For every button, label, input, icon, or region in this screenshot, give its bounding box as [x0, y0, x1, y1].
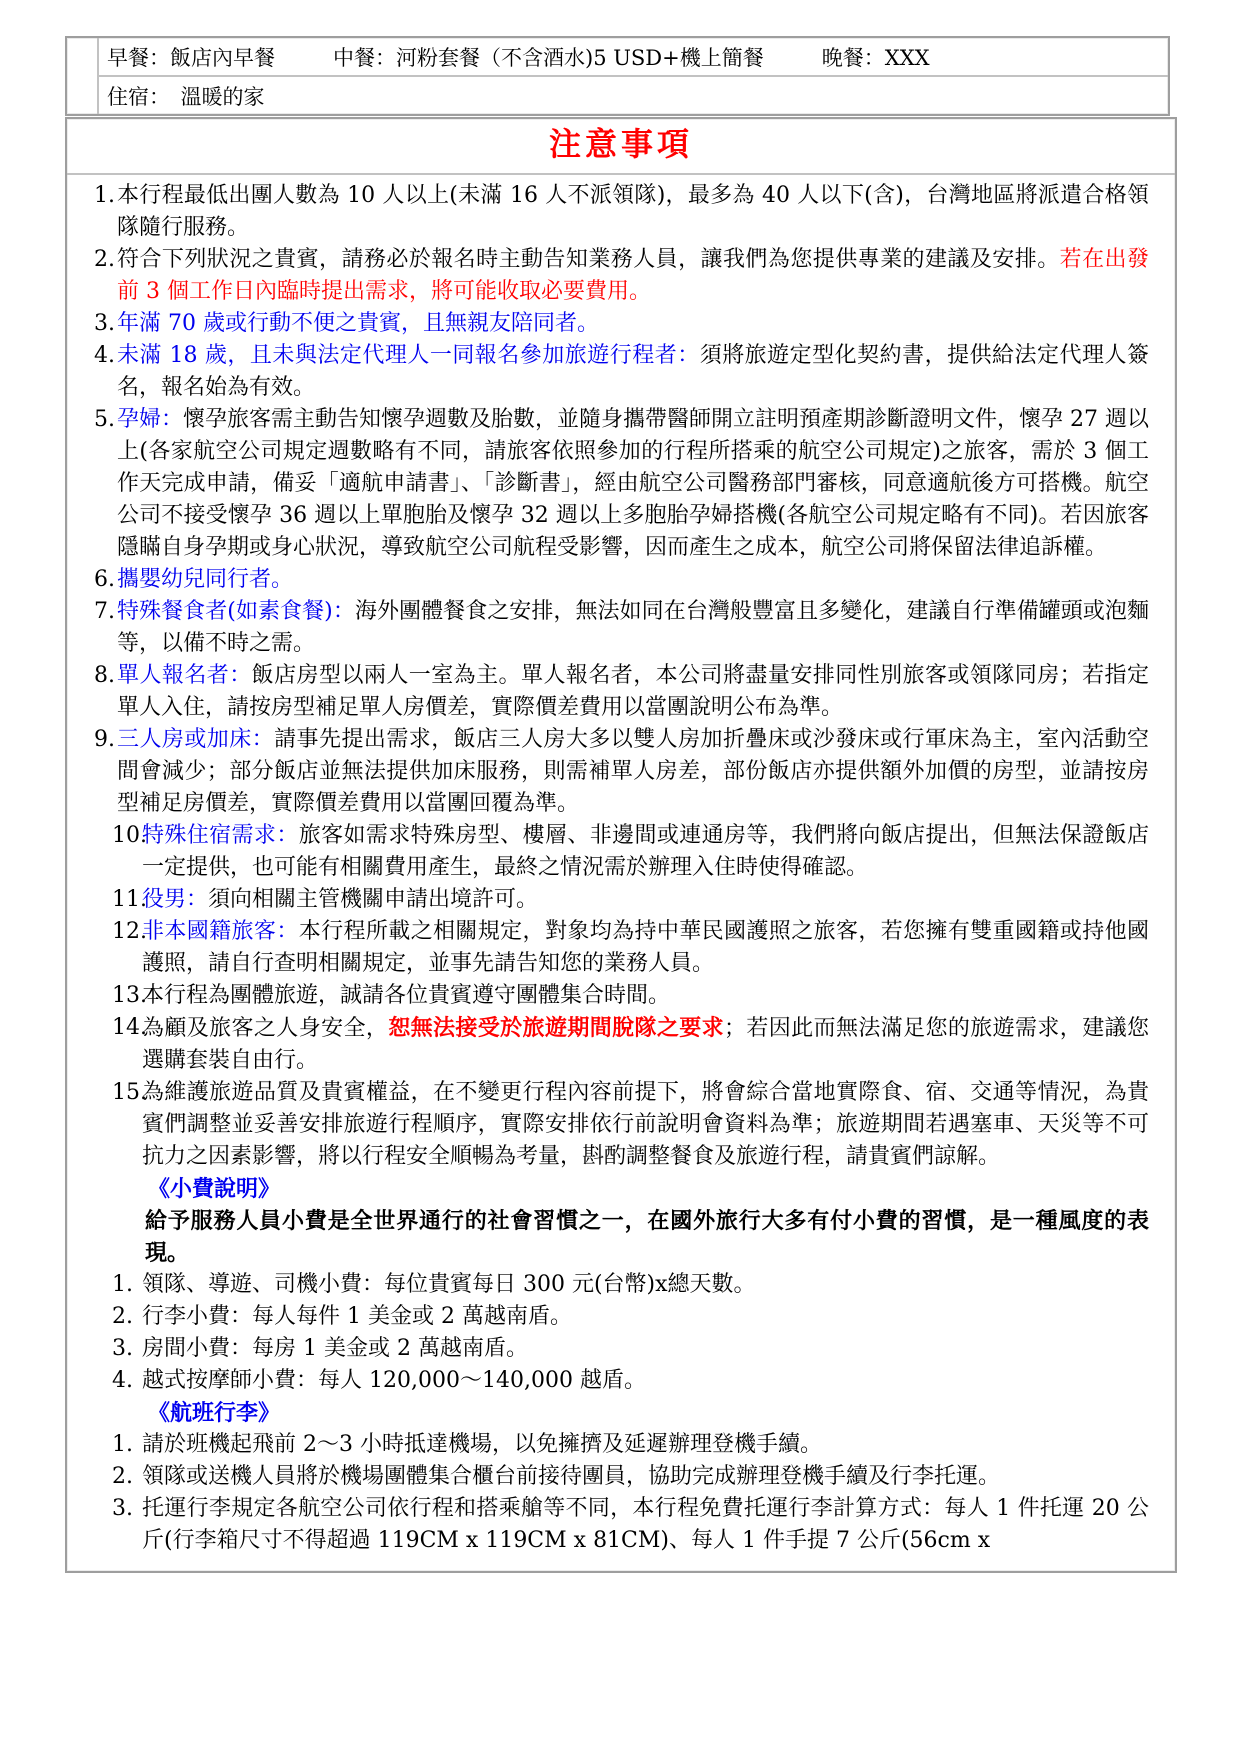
notice-number: 15. [112, 1077, 147, 1109]
notice-box: 注意事項 1.本行程最低出團人數為 10 人以上(未滿 16 人不派領隊)，最多… [65, 117, 1177, 1573]
notice-text-segment: 本行程最低出團人數為 10 人以上(未滿 16 人不派領隊)，最多為 40 人以… [117, 183, 1149, 240]
notice-title-row: 注意事項 [67, 119, 1175, 175]
flight-section-header: 《航班行李》 [67, 1397, 1149, 1429]
flight-number: 3. [112, 1493, 133, 1525]
notice-item: 8.單人報名者：飯店房型以兩人一室為主。單人報名者，本公司將盡量安排同性別旅客或… [67, 660, 1149, 724]
notice-text-segment: 為顧及旅客之人身安全， [142, 1016, 388, 1041]
table-spacer-cell [67, 38, 99, 114]
flight-item: 1.請於班機起飛前 2～3 小時抵達機場，以免擁擠及延遲辦理登機手續。 [67, 1429, 1149, 1461]
flight-text-segment: 領隊或送機人員將於機場團體集合櫃台前接待團員，協助完成辦理登機手續及行李托運。 [142, 1464, 1000, 1489]
notice-number: 11. [112, 884, 147, 916]
tip-number: 2. [112, 1301, 133, 1333]
notice-item: 2.符合下列狀況之貴賓，請務必於報名時主動告知業務人員，讓我們為您提供專業的建議… [67, 244, 1149, 308]
notice-item: 3.年滿 70 歲或行動不便之貴賓，且無親友陪同者。 [67, 308, 1149, 340]
tips-list: 1.領隊、導遊、司機小費：每位貴賓每日 300 元(台幣)x總天數。2.行李小費… [67, 1269, 1149, 1397]
notice-text-segment: 須向相關主管機關申請出境許可。 [208, 887, 538, 912]
notice-text-segment: 非本國籍旅客： [142, 919, 299, 944]
notice-text-segment: 本行程為團體旅遊，誠請各位貴賓遵守團體集合時間。 [142, 983, 670, 1008]
notice-text-segment: 攜嬰幼兒同行者。 [117, 567, 293, 592]
notice-number: 8. [94, 660, 115, 692]
notice-item: 1.本行程最低出團人數為 10 人以上(未滿 16 人不派領隊)，最多為 40 … [67, 180, 1149, 244]
notice-text-segment: 飯店房型以兩人一室為主。單人報名者，本公司將盡量安排同性別旅客或領隊同房；若指定… [117, 663, 1149, 720]
meals-row: 早餐：飯店內早餐 中餐：河粉套餐（不含酒水)5 USD+機上簡餐 晚餐：XXX [99, 38, 1168, 77]
notice-text-segment: 單人報名者： [117, 663, 252, 688]
notice-item: 14.為顧及旅客之人身安全，恕無法接受於旅遊期間脫隊之要求；若因此而無法滿足您的… [67, 1012, 1149, 1077]
notice-item: 7.特殊餐食者(如素食餐)：海外團體餐食之安排，無法如同在台灣般豐富且多變化，建… [67, 596, 1149, 660]
notice-number: 6. [94, 564, 115, 596]
page-title: 注意事項 [549, 125, 693, 163]
notice-number: 13. [112, 980, 147, 1012]
breakfast-cell: 早餐：飯店內早餐 [107, 42, 275, 72]
notice-item: 5.孕婦：懷孕旅客需主動告知懷孕週數及胎數，並隨身攜帶醫師開立註明預產期診斷證明… [67, 404, 1149, 564]
flight-item: 3.托運行李規定各航空公司依行程和搭乘艙等不同，本行程免費托運行李計算方式：每人… [67, 1493, 1149, 1557]
notice-number: 7. [94, 596, 115, 628]
notice-text-segment: 符合下列狀況之貴賓，請務必於報名時主動告知業務人員，讓我們為您提供專業的建議及安… [117, 247, 1060, 272]
tip-text-segment: 行李小費：每人每件 1 美金或 2 萬越南盾。 [142, 1304, 572, 1329]
notice-text-segment: 為維護旅遊品質及貴賓權益，在不變更行程內容前提下，將會綜合當地實際食、宿、交通等… [142, 1080, 1149, 1169]
dinner-cell: 晚餐：XXX [822, 42, 930, 72]
tip-text-segment: 領隊、導遊、司機小費：每位貴賓每日 300 元(台幣)x總天數。 [142, 1272, 756, 1297]
tip-number: 4. [112, 1365, 133, 1397]
tips-section-header: 《小費說明》 [67, 1173, 1149, 1205]
notice-text-segment: 未滿 18 歲，且未與法定代理人一同報名參加旅遊行程者： [117, 343, 700, 368]
flight-number: 1. [112, 1429, 133, 1461]
notice-number: 3. [94, 308, 115, 340]
notice-text-segment: 恕無法接受於旅遊期間脫隊之要求 [388, 1015, 724, 1041]
notice-text-segment: 三人房或加床： [117, 727, 274, 752]
notice-text-segment: 特殊餐食者(如素食餐)： [117, 599, 355, 624]
flight-item: 2.領隊或送機人員將於機場團體集合櫃台前接待團員，協助完成辦理登機手續及行李托運… [67, 1461, 1149, 1493]
notice-text-segment: 孕婦： [117, 407, 183, 432]
notices-list: 1.本行程最低出團人數為 10 人以上(未滿 16 人不派領隊)，最多為 40 … [67, 180, 1149, 1173]
flight-text-segment: 托運行李規定各航空公司依行程和搭乘艙等不同，本行程免費托運行李計算方式：每人 1… [142, 1496, 1149, 1553]
notice-number: 1. [94, 180, 115, 212]
notice-number: 9. [94, 724, 115, 756]
tip-item: 3.房間小費：每房 1 美金或 2 萬越南盾。 [67, 1333, 1149, 1365]
flight-list: 1.請於班機起飛前 2～3 小時抵達機場，以免擁擠及延遲辦理登機手續。2.領隊或… [67, 1429, 1149, 1557]
tip-item: 1.領隊、導遊、司機小費：每位貴賓每日 300 元(台幣)x總天數。 [67, 1269, 1149, 1301]
document-page: { "colors": { "accent_blue": "#0000EE", … [0, 0, 1241, 1755]
notice-number: 4. [94, 340, 115, 372]
tip-number: 3. [112, 1333, 133, 1365]
meal-lodging-table: 早餐：飯店內早餐 中餐：河粉套餐（不含酒水)5 USD+機上簡餐 晚餐：XXX … [65, 36, 1170, 116]
tip-text-segment: 越式按摩師小費：每人 120,000～140,000 越盾。 [142, 1368, 646, 1393]
table-main-column: 早餐：飯店內早餐 中餐：河粉套餐（不含酒水)5 USD+機上簡餐 晚餐：XXX … [99, 38, 1168, 114]
notice-number: 2. [94, 244, 115, 276]
notice-text-segment: 特殊住宿需求： [142, 823, 299, 848]
lodging-row: 住宿： 溫暖的家 [99, 77, 1168, 114]
notice-number: 5. [94, 404, 115, 436]
notice-item: 4.未滿 18 歲，且未與法定代理人一同報名參加旅遊行程者：須將旅遊定型化契約書… [67, 340, 1149, 404]
flight-text-segment: 請於班機起飛前 2～3 小時抵達機場，以免擁擠及延遲辦理登機手續。 [142, 1432, 822, 1457]
notice-item: 12.非本國籍旅客：本行程所載之相關規定，對象均為持中華民國護照之旅客，若您擁有… [67, 916, 1149, 980]
notice-number: 10. [112, 820, 147, 852]
tip-item: 2.行李小費：每人每件 1 美金或 2 萬越南盾。 [67, 1301, 1149, 1333]
tips-section-intro: 給予服務人員小費是全世界通行的社會習慣之一，在國外旅行大多有付小費的習慣，是一種… [67, 1205, 1149, 1269]
lunch-cell: 中餐：河粉套餐（不含酒水)5 USD+機上簡餐 [333, 42, 764, 72]
flight-number: 2. [112, 1461, 133, 1493]
tip-text-segment: 房間小費：每房 1 美金或 2 萬越南盾。 [142, 1336, 528, 1361]
notice-item: 9.三人房或加床：請事先提出需求，飯店三人房大多以雙人房加折疊床或沙發床或行軍床… [67, 724, 1149, 820]
tip-number: 1. [112, 1269, 133, 1301]
notice-item: 11.役男：須向相關主管機關申請出境許可。 [67, 884, 1149, 916]
notice-item: 10.特殊住宿需求：旅客如需求特殊房型、樓層、非邊間或連通房等，我們將向飯店提出… [67, 820, 1149, 884]
notice-body: 1.本行程最低出團人數為 10 人以上(未滿 16 人不派領隊)，最多為 40 … [67, 175, 1175, 1571]
notice-text-segment: 年滿 70 歲或行動不便之貴賓，且無親友陪同者。 [117, 311, 599, 336]
lodging-cell: 住宿： 溫暖的家 [107, 81, 265, 111]
notice-item: 6.攜嬰幼兒同行者。 [67, 564, 1149, 596]
notice-item: 13.本行程為團體旅遊，誠請各位貴賓遵守團體集合時間。 [67, 980, 1149, 1012]
notice-number: 14. [112, 1012, 147, 1044]
tip-item: 4.越式按摩師小費：每人 120,000～140,000 越盾。 [67, 1365, 1149, 1397]
notice-text-segment: 懷孕旅客需主動告知懷孕週數及胎數，並隨身攜帶醫師開立註明預產期診斷證明文件，懷孕… [117, 407, 1149, 560]
notice-item: 15.為維護旅遊品質及貴賓權益，在不變更行程內容前提下，將會綜合當地實際食、宿、… [67, 1077, 1149, 1173]
notice-text-segment: 役男： [142, 887, 208, 912]
notice-number: 12. [112, 916, 147, 948]
